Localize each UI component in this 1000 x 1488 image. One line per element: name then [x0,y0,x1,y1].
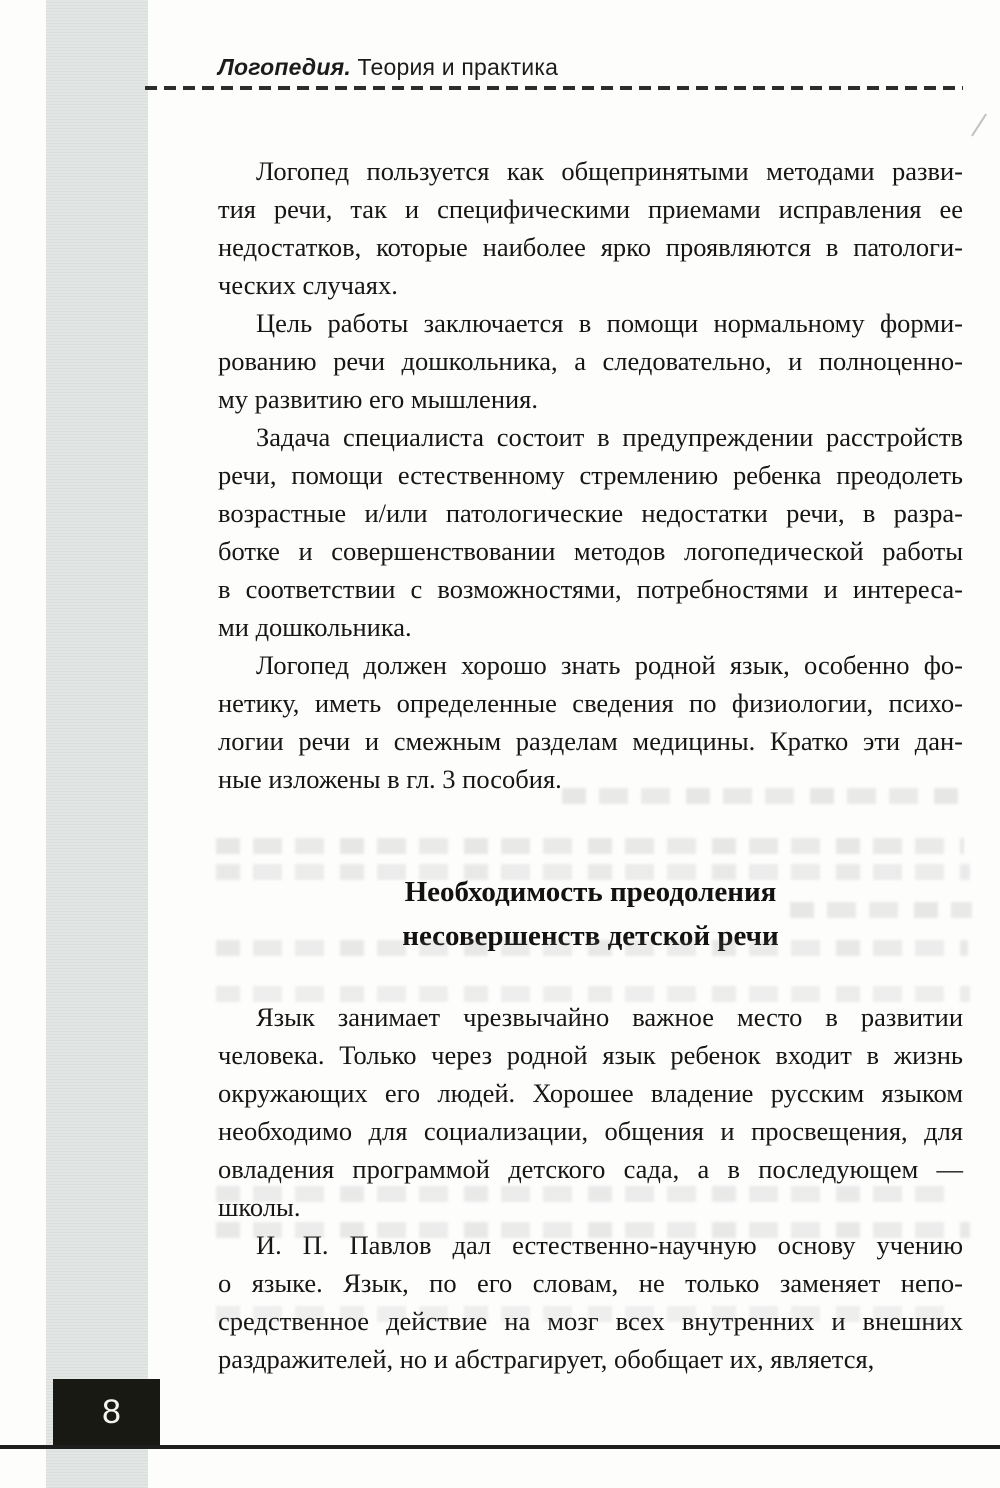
scanned-book-page: { "colors":{ "page_bg":"#fdfdfc", "strip… [0,0,1000,1488]
text-line: речи, помощи естественному стремлению ре… [218,456,963,494]
bleed-through-artifact [216,838,964,854]
bleed-through-artifact [216,1186,960,1202]
text-line: тия речи, так и специфическими приемами … [218,190,963,228]
text-line: раздражителей, но и абстрагирует, обобща… [218,1340,963,1378]
text-line: необходимо для социализации, общения и п… [218,1112,963,1150]
text-line: Логопед пользуется как общепринятыми мет… [218,152,963,190]
text-line: логии речи и смежным разделам медицины. … [218,722,963,760]
text-line: в соответствии с возможностями, потребно… [218,570,963,608]
text-line: Задача специалиста состоит в предупрежде… [218,418,963,456]
text-line: возрастные и/или патологические недостат… [218,494,963,532]
text-line: Цель работы заключается в помощи нормаль… [218,304,963,342]
paragraph: Задача специалиста состоит в предупрежде… [218,418,963,646]
text-line: му развитию его мышления. [218,380,963,418]
running-head-subtitle: Теория и практика [351,54,558,80]
header-dashed-rule [145,86,963,90]
bleed-through-artifact [562,788,960,804]
bleed-through-artifact [216,1222,970,1238]
text-line: окружающих его людей. Хорошее владение р… [218,1074,963,1112]
bleed-through-artifact [216,1306,960,1322]
paragraph: Цель работы заключается в помощи нормаль… [218,304,963,418]
bleed-through-artifact [216,986,970,1002]
text-line: ми дошкольника. [218,608,963,646]
text-line: человека. Только через родной язык ребен… [218,1036,963,1074]
text-line: рованию речи дошкольника, а следовательн… [218,342,963,380]
footer-rule [0,1445,1000,1449]
text-line: нетику, иметь определенные сведения по ф… [218,684,963,722]
bleed-through-artifact [790,902,972,918]
page-number-box: 8 [53,1379,160,1445]
paragraphs-before-heading: Логопед пользуется как общепринятыми мет… [218,152,963,798]
paragraph: Логопед пользуется как общепринятыми мет… [218,152,963,304]
scan-edge-strip [46,0,148,1488]
text-line: овладения программой детского сада, а в … [218,1150,963,1188]
text-line: Логопед должен хорошо знать родной язык,… [218,646,963,684]
text-line: недостатков, которые наиболее ярко прояв… [218,228,963,266]
bleed-through-artifact [216,940,968,956]
page-number: 8 [92,1379,121,1445]
paragraph: И. П. Павлов дал естественно-научную осн… [218,1226,963,1378]
text-line: ческих случаях. [218,266,963,304]
paragraph: Логопед должен хорошо знать родной язык,… [218,646,963,798]
bleed-through-artifact [216,864,970,880]
text-line: ботке и совершенствовании методов логопе… [218,532,963,570]
text-line: о языке. Язык, по его словам, не только … [218,1264,963,1302]
running-head-title: Логопедия. [218,54,351,80]
text-line: Язык занимает чрезвычайно важное место в… [218,998,963,1036]
scan-scratch-artifact [971,114,987,137]
running-head: Логопедия. Теория и практика [218,54,978,81]
